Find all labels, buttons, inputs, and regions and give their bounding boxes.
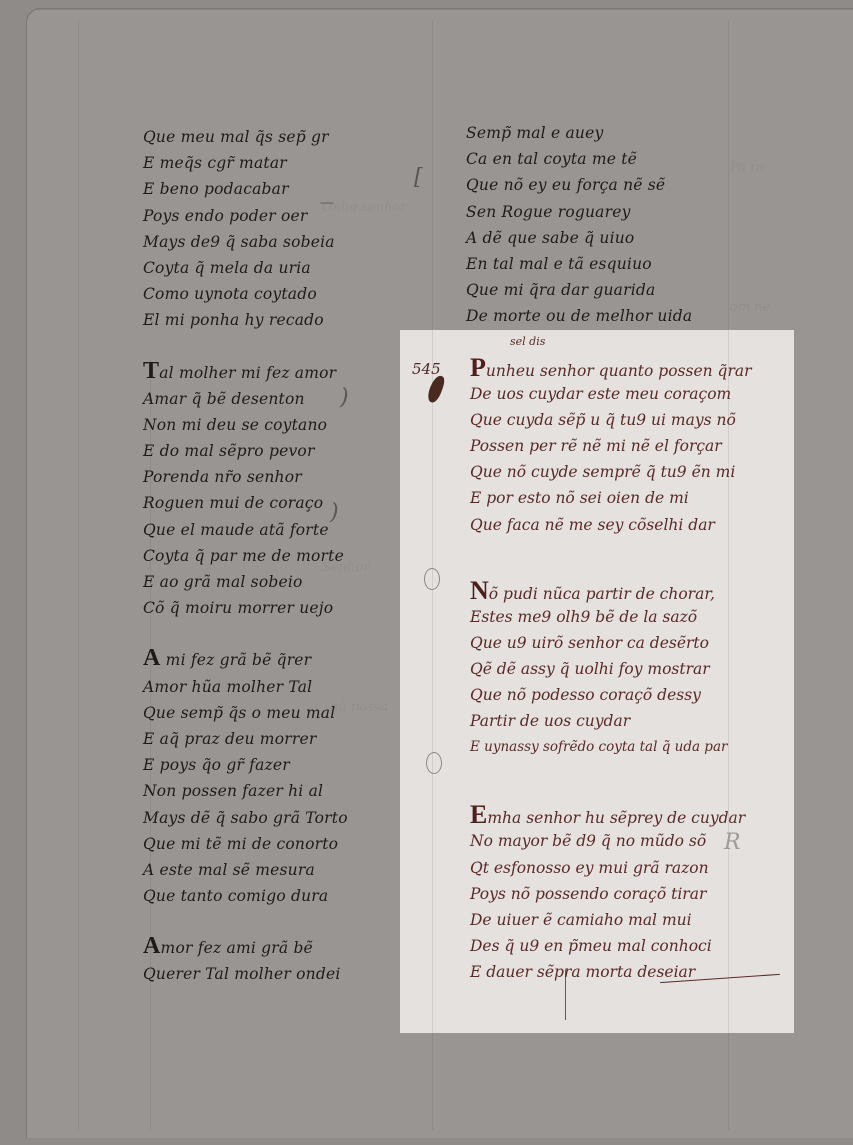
verse-text: mi fez grã bẽ q̃rer <box>161 651 312 669</box>
verse-line: Que tanto comigo dura <box>143 883 348 909</box>
verse-line: En tal mal e tã esquiuo <box>466 251 692 277</box>
ruling-line <box>78 20 79 1130</box>
verse-text: al molher mi fez amor <box>159 364 336 382</box>
decorated-initial: A <box>143 933 161 959</box>
verse-line: E por esto nõ sei oien de mi <box>470 485 752 511</box>
verse-text: õ pudi nũca partir de chorar, <box>489 585 715 603</box>
verse-line: Que cuyda sẽp̃ u q̃ tu9 ui mays nõ <box>470 407 752 433</box>
verse-line: A mi fez grã bẽ q̃rer <box>143 647 348 673</box>
verse-line: El mi ponha hy recado <box>143 307 348 333</box>
verse-line: Non possen fazer hi al <box>143 778 348 804</box>
stanza-2: Tal molher mi fez amor Amar q̃ bẽ desent… <box>143 360 348 622</box>
bleed-through-text: Pa ra <box>730 160 764 175</box>
verse-line: Poys nõ possendo coraçõ tirar <box>470 881 752 907</box>
verse-line: Que mi tẽ mi de conorto <box>143 831 348 857</box>
right-column-highlighted: Punheu senhor quanto possen q̃rar De uos… <box>470 355 752 985</box>
right-column-upper: Semp̃ mal e auey Ca en tal coyta me tẽ Q… <box>466 120 692 330</box>
verse-line: Que nõ ey eu força nẽ sẽ <box>466 172 692 198</box>
folio-number: 545 <box>412 360 441 378</box>
margin-circle-mark <box>424 568 440 590</box>
margin-circle-mark <box>426 752 442 774</box>
verse-line: Amor hũa molher Tal <box>143 674 348 700</box>
verse-line: Porenda nr̃o senhor <box>143 464 348 490</box>
verse-line: Estes me9 olh9 bẽ de la sazõ <box>470 604 752 630</box>
highlighted-region: sel dis 545 Punheu senhor quanto possen … <box>400 330 794 1033</box>
verse-line: Tal molher mi fez amor <box>143 360 348 386</box>
verse-line: E poys q̃o gr̃ fazer <box>143 752 348 778</box>
verse-line: De morte ou de melhor uida <box>466 303 692 329</box>
verse-text: unheu senhor quanto possen q̃rar <box>486 362 752 380</box>
stanza-gap <box>470 760 752 802</box>
stanza-gap <box>143 334 348 360</box>
highlighted-stanza-3: Emha senhor hu sẽprey de cuydar No mayor… <box>470 802 752 985</box>
verse-line: Mays dẽ q̃ sabo grã Torto <box>143 805 348 831</box>
verse-line: Qẽ dẽ assy q̃ uolhi foy mostrar <box>470 656 752 682</box>
verse-line: Qt esfonosso ey mui grã razon <box>470 855 752 881</box>
verse-line: E meq̃s cgr̃ matar <box>143 150 348 176</box>
verse-line: Possen per rẽ nẽ mi nẽ el forçar <box>470 433 752 459</box>
verse-line: Que faca nẽ me sey cõselhi dar <box>470 512 752 538</box>
verse-line: Como uynota coytado <box>143 281 348 307</box>
verse-line: Que el maude atã forte <box>143 517 348 543</box>
verse-line: Que meu mal q̃s sep̃ gr <box>143 124 348 150</box>
decorated-initial: T <box>143 358 159 384</box>
verse-line: Ca en tal coyta me tẽ <box>466 146 692 172</box>
verse-line: A dẽ que sabe q̃ uiuo <box>466 225 692 251</box>
verse-line: E aq̃ praz deu morrer <box>143 726 348 752</box>
verse-text: mor fez ami grã bẽ <box>161 939 313 957</box>
verse-line: Mays de9 q̃ saba sobeia <box>143 229 348 255</box>
verse-line: Punheu senhor quanto possen q̃rar <box>470 355 752 381</box>
verse-line: Partir de uos cuydar <box>470 708 752 734</box>
verse-line: Roguen mui de coraço <box>143 490 348 516</box>
verse-line: Emha senhor hu sẽprey de cuydar <box>470 802 752 828</box>
verse-line: E dauer sẽpra morta deseiar <box>470 959 752 985</box>
verse-line: Sen Rogue roguarey <box>466 199 692 225</box>
verse-line: A este mal sẽ mesura <box>143 857 348 883</box>
verse-line: Poys endo poder oer <box>143 203 348 229</box>
verse-line: Nõ pudi nũca partir de chorar, <box>470 578 752 604</box>
verse-line: Cõ q̃ moiru morrer uejo <box>143 595 348 621</box>
stanza-gap <box>143 909 348 935</box>
left-column: Que meu mal q̃s sep̃ gr E meq̃s cgr̃ mat… <box>143 124 348 988</box>
verse-line: E ao grã mal sobeio <box>143 569 348 595</box>
verse-line: E do mal sẽpro pevor <box>143 438 348 464</box>
verse-line: Que nõ podesso coraçõ dessy <box>470 682 752 708</box>
verse-line: Querer Tal molher ondei <box>143 961 348 987</box>
verse-line: Que u9 uirõ senhor ca desẽrto <box>470 630 752 656</box>
verse-line: Coyta q̃ par me de morte <box>143 543 348 569</box>
decorated-initial: E <box>470 800 487 829</box>
verse-line: Que mi q̃ra dar guarida <box>466 277 692 303</box>
verse-line: E beno podacabar <box>143 176 348 202</box>
verse-line: De uos cuydar este meu coraçom <box>470 381 752 407</box>
stanza-3: A mi fez grã bẽ q̃rer Amor hũa molher Ta… <box>143 647 348 909</box>
verse-text: mha senhor hu sẽprey de cuydar <box>487 809 745 827</box>
stanza-gap <box>143 621 348 647</box>
verse-line: No mayor bẽ d9 q̃ no mũdo sõ <box>470 828 752 854</box>
verse-line: Amor fez ami grã bẽ <box>143 935 348 961</box>
verse-line: De uiuer ẽ camiaho mal mui <box>470 907 752 933</box>
verse-line: Des q̃ u9 en p̃meu mal conhoci <box>470 933 752 959</box>
margin-letter-mark: R <box>724 830 741 855</box>
stanza-gap <box>470 538 752 578</box>
decorated-initial: A <box>143 645 161 671</box>
margin-bracket-mark: [ <box>414 165 423 190</box>
ruling-line <box>432 330 433 1033</box>
decorated-initial: N <box>470 576 489 605</box>
bleed-through-text: om ne <box>730 300 770 315</box>
verse-line: Coyta q̃ mela da uria <box>143 255 348 281</box>
tail-stroke <box>565 970 566 1020</box>
verse-line: Non mi deu se coytano <box>143 412 348 438</box>
stanza-4: Amor fez ami grã bẽ Querer Tal molher on… <box>143 935 348 987</box>
stanza-1: Que meu mal q̃s sep̃ gr E meq̃s cgr̃ mat… <box>143 124 348 334</box>
marginal-note: sel dis <box>510 335 545 348</box>
ink-blot <box>426 374 447 404</box>
highlighted-stanza-2: Nõ pudi nũca partir de chorar, Estes me9… <box>470 578 752 761</box>
decorated-initial: P <box>470 353 486 382</box>
verse-line: Que semp̃ q̃s o meu mal <box>143 700 348 726</box>
verse-line: Semp̃ mal e auey <box>466 120 692 146</box>
verse-line: Amar q̃ bẽ desenton <box>143 386 348 412</box>
verse-line: E uynassy sofrẽdo coyta tal q̃ uda par <box>470 734 752 760</box>
highlighted-stanza-1: Punheu senhor quanto possen q̃rar De uos… <box>470 355 752 538</box>
page-top-edge <box>36 8 853 10</box>
verse-line: Que nõ cuyde semprẽ q̃ tu9 ẽn mi <box>470 459 752 485</box>
